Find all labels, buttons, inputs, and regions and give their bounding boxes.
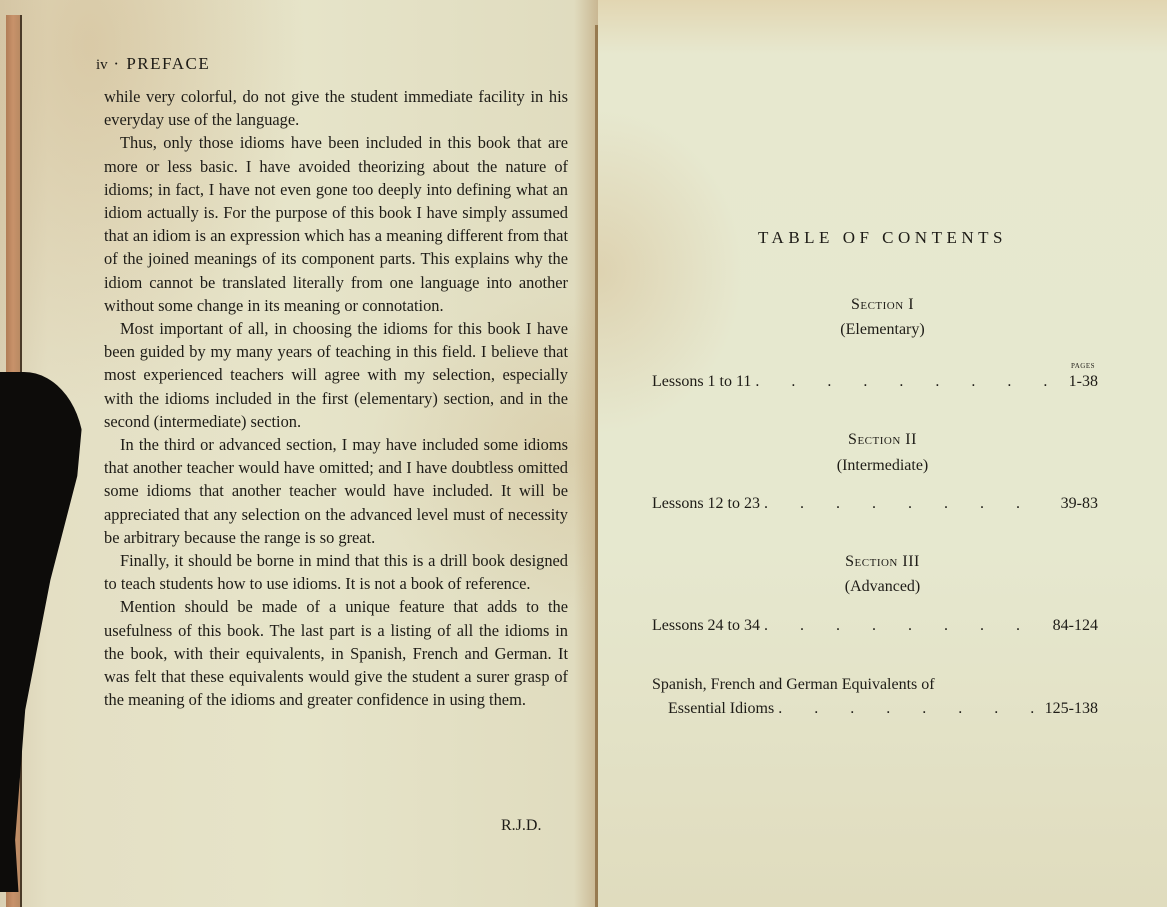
page-range: 84-124: [1045, 617, 1098, 635]
author-initials: R.J.D.: [501, 817, 541, 835]
page-range: 125-138: [1037, 697, 1098, 721]
section-heading: Section III: [598, 553, 1167, 571]
book-spread: iv · PREFACE while very colorful, do not…: [0, 0, 1167, 907]
toc-entry: Lessons 12 to 23 . . . . . . . . . . . .…: [652, 495, 1098, 513]
leader-dots: . . . . . . . . . . . . . . . . . . . . …: [760, 617, 1045, 635]
pages-column-label: PAGES: [1071, 362, 1095, 370]
toc-title: TABLE OF CONTENTS: [598, 228, 1167, 248]
section-level: (Elementary): [598, 321, 1167, 339]
paragraph: Thus, only those idioms have been includ…: [104, 131, 568, 317]
section-level: (Advanced): [598, 578, 1167, 596]
toc-entry: Lessons 1 to 11 . . . . . . . . . . . . …: [652, 373, 1098, 391]
running-head-separator: ·: [113, 54, 120, 73]
running-head-title: PREFACE: [126, 54, 210, 73]
appendix-title-line2: Essential Idioms: [668, 697, 774, 721]
appendix-title-line1: Spanish, French and German Equivalents o…: [652, 673, 1098, 697]
paragraph: Mention should be made of a unique featu…: [104, 595, 568, 711]
leader-dots: . . . . . . . . . . . . . . . . . . . . …: [751, 373, 1060, 391]
right-page-contents: [598, 0, 1167, 907]
paragraph: In the third or advanced section, I may …: [104, 433, 568, 549]
paragraph: Finally, it should be borne in mind that…: [104, 549, 568, 595]
page-number: iv: [96, 57, 108, 73]
running-head: iv · PREFACE: [96, 54, 210, 74]
preface-body: while very colorful, do not give the stu…: [104, 85, 568, 711]
section-level: (Intermediate): [598, 457, 1167, 475]
section-heading: Section I: [598, 296, 1167, 314]
toc-entry-appendix: Spanish, French and German Equivalents o…: [652, 673, 1098, 721]
leader-dots: . . . . . . . . . . . . . . . . . . . . …: [774, 697, 1036, 721]
leader-dots: . . . . . . . . . . . . . . . . . . . . …: [760, 495, 1053, 513]
page-range: 1-38: [1061, 373, 1098, 391]
page-range: 39-83: [1053, 495, 1098, 513]
paragraph: while very colorful, do not give the stu…: [104, 85, 568, 131]
section-heading: Section II: [598, 431, 1167, 449]
toc-entry: Lessons 24 to 34 . . . . . . . . . . . .…: [652, 617, 1098, 635]
paragraph: Most important of all, in choosing the i…: [104, 317, 568, 433]
